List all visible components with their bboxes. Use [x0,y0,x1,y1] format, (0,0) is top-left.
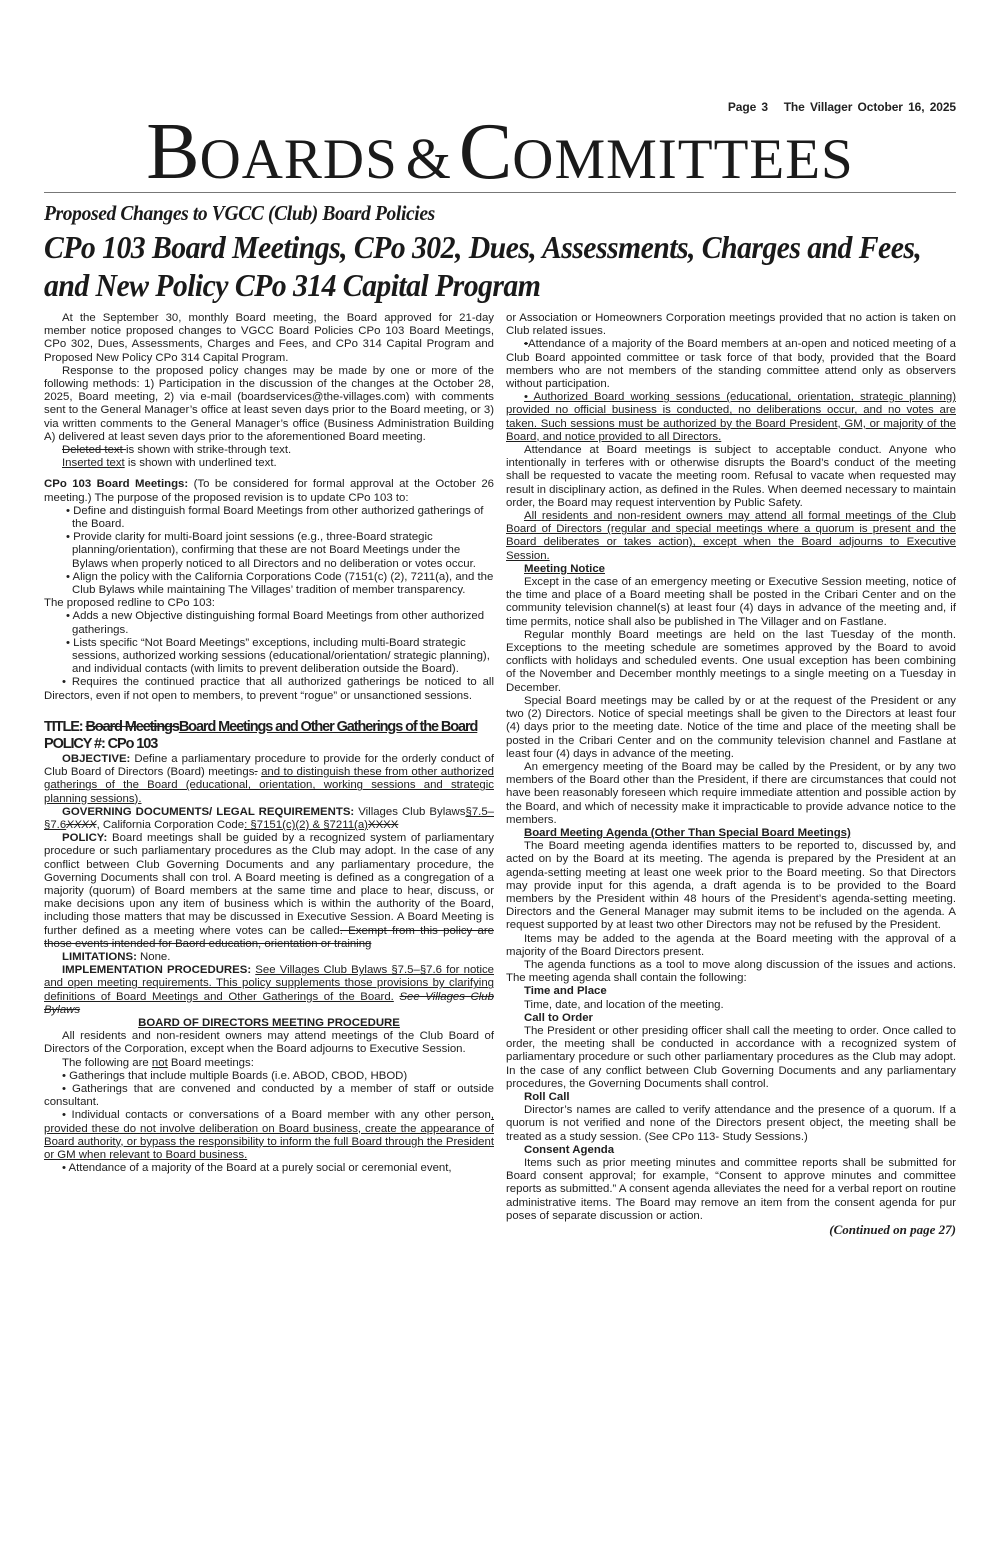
article-paragraph: • Individual contacts or conversations o… [44,1109,494,1162]
article-paragraph: GOVERNING DOCUMENTS/ LEGAL REQUIREMENTS:… [44,806,494,832]
masthead-divider [44,192,956,193]
article-paragraph: • Provide clarity for multi-Board joint … [44,531,494,571]
article-paragraph: Except in the case of an emergency meeti… [506,576,956,629]
text-run: Villages Club Bylaws [354,806,465,818]
text-run: Special Board meetings may be called by … [506,695,956,760]
inserted-text: • Authorized Board working sessions (edu… [506,391,956,443]
article-paragraph: IMPLEMENTATION PROCEDURES: See Villages … [44,964,494,1017]
article-paragraph: Director’s names are called to verify at… [506,1104,956,1144]
article-paragraph: BOARD OF DIRECTORS MEETING PROCEDURE [44,1017,494,1030]
inserted-text: Board Meetings and Other Gatherings of t… [179,719,477,735]
article-paragraph: POLICY: Board meetings shall be guided b… [44,832,494,951]
text-run: An emergency meeting of the Board may be… [506,761,956,826]
text-run: • Define and distinguish formal Board Me… [66,505,483,530]
text-run: • Gatherings that include multiple Board… [62,1070,407,1082]
article-paragraph: • Gatherings that are convened and condu… [44,1083,494,1109]
text-run: Director’s names are called to verify at… [506,1104,956,1142]
text-run: (Continued on page 27) [829,1222,956,1237]
text-run: Items may be added to the agenda at the … [506,933,956,958]
text-run: Response to the proposed policy changes … [44,365,494,443]
article-paragraph: LIMITATIONS: None. [44,951,494,964]
article-paragraph: POLICY #: CPo 103 [44,736,494,753]
text-run: None. [137,951,171,963]
article-paragraph: • Requires the continued practice that a… [44,676,494,702]
text-run: Call to Order [524,1012,593,1024]
article-paragraph: Time and Place [506,985,956,998]
article-paragraph: Call to Order [506,1012,956,1025]
text-run: Items such as prior meeting minutes and … [506,1157,956,1222]
deleted-text: XXXX [66,819,96,831]
article-paragraph: All residents and non-resident owners ma… [44,1030,494,1056]
inserted-text: All residents and non-resident owners ma… [506,510,956,562]
inserted-text: BOARD OF DIRECTORS MEETING PROCEDURE [138,1017,400,1029]
text-run: All residents and non-resident owners ma… [44,1030,494,1055]
text-run: The agenda functions as a tool to move a… [506,959,956,984]
text-run: Board meetings shall be guided by a reco… [44,832,494,936]
article-paragraph: Board Meeting Agenda (Other Than Special… [506,827,956,840]
article-paragraph: (Continued on page 27) [506,1223,956,1238]
text-run: is shown with strike-through text. [126,444,291,456]
masthead-word-boards: OARDS [200,128,398,191]
inserted-text: : §7151(c)(2) & §7211(a) [244,819,368,831]
article-paragraph: Consent Agenda [506,1144,956,1157]
text-run: Time and Place [524,985,607,997]
text-run: • Requires the continued practice that a… [44,676,494,701]
masthead-word-committees: OMMITTEES [512,128,853,191]
text-run: Except in the case of an emergency meeti… [506,576,956,628]
text-run: Attendance of a majority of the Board me… [506,338,956,390]
article-paragraph: Attendance at Board meetings is subject … [506,444,956,510]
article-paragraph: Deleted text is shown with strike-throug… [44,444,494,457]
article-paragraph: The Board meeting agenda identifies matt… [506,840,956,932]
text-run: • Adds a new Objective distinguishing fo… [66,610,484,635]
text-run: The following are [62,1057,152,1069]
text-run: CPo 103 Board Meetings: [44,478,188,490]
masthead-initial-b: B [146,108,199,196]
text-run: • Provide clarity for multi-Board joint … [66,531,476,569]
article-paragraph: Items such as prior meeting minutes and … [506,1157,956,1223]
article-kicker: Proposed Changes to VGCC (Club) Board Po… [44,201,435,226]
text-run: At the September 30, monthly Board meeti… [44,312,494,364]
deleted-text: XXXX [368,819,398,831]
text-run: OBJECTIVE: [62,753,130,765]
text-run: , California Corporation Code [97,819,245,831]
article-paragraph: Response to the proposed policy changes … [44,365,494,444]
masthead-ampersand: & [406,126,451,191]
text-run: GOVERNING DOCUMENTS/ LEGAL REQUIREMENTS: [62,806,354,818]
article-paragraph: OBJECTIVE: Define a parliamentary proced… [44,753,494,806]
article-paragraph: Items may be added to the agenda at the … [506,933,956,959]
deleted-text: Deleted text [62,444,126,456]
text-run: • Attendance of a majority of the Board … [62,1162,452,1174]
text-run: • Lists specific “Not Board Meetings” ex… [66,637,490,675]
text-run: TITLE: [44,719,85,735]
section-masthead: BOARDS&COMMITTEES [44,112,956,200]
text-run: is shown with underlined text. [125,457,277,469]
inserted-text: Meeting Notice [524,563,605,575]
article-paragraph: The agenda functions as a tool to move a… [506,959,956,985]
text-run: • Align the policy with the California C… [66,571,493,596]
text-run: • Gatherings that are convened and condu… [44,1083,494,1108]
article-paragraph: Meeting Notice [506,563,956,576]
article-paragraph: • Adds a new Objective distinguishing fo… [44,610,494,636]
text-run: Attendance at Board meetings is subject … [506,444,956,509]
article-paragraph: Time, date, and location of the meeting. [506,999,956,1012]
inserted-text: not [152,1057,168,1069]
article-paragraph: An emergency meeting of the Board may be… [506,761,956,827]
article-paragraph: or Association or Homeowners Corporation… [506,312,956,338]
article-paragraph: All residents and non-resident owners ma… [506,510,956,563]
article-paragraph: Inserted text is shown with underlined t… [44,457,494,470]
article-paragraph: Roll Call [506,1091,956,1104]
text-run: The President or other presiding officer… [506,1025,956,1090]
article-paragraph: •Attendance of a majority of the Board m… [506,338,956,391]
article-headline: CPo 103 Board Meetings, CPo 302, Dues, A… [44,228,955,304]
text-run: Time, date, and location of the meeting. [524,999,724,1011]
article-paragraph: • Attendance of a majority of the Board … [44,1162,494,1175]
text-run: IMPLEMENTATION PROCEDURES: [62,964,251,976]
article-paragraph: • Authorized Board working sessions (edu… [506,391,956,444]
article-paragraph: At the September 30, monthly Board meeti… [44,312,494,365]
text-run: Regular monthly Board meetings are held … [506,629,956,694]
text-run: Board meetings: [168,1057,254,1069]
text-run: Roll Call [524,1091,570,1103]
text-run: The proposed redline to CPo 103: [44,597,215,609]
text-run: POLICY: [62,832,107,844]
text-run: POLICY #: CPo 103 [44,736,157,752]
inserted-text: Board Meeting Agenda (Other Than Special… [524,827,851,839]
text-run: • Individual contacts or conversations o… [62,1109,491,1121]
text-run: Consent Agenda [524,1144,614,1156]
article-paragraph: • Lists specific “Not Board Meetings” ex… [44,637,494,677]
article-column-left: At the September 30, monthly Board meeti… [44,312,494,1175]
article-paragraph: • Define and distinguish formal Board Me… [44,505,494,531]
article-paragraph: • Align the policy with the California C… [44,571,494,597]
article-paragraph: • Gatherings that include multiple Board… [44,1070,494,1083]
inserted-text: Inserted text [62,457,125,469]
text-run: or Association or Homeowners Corporation… [506,312,956,337]
article-paragraph: The proposed redline to CPo 103: [44,597,494,610]
deleted-text: Board Meetings [85,719,178,735]
article-paragraph: TITLE: Board MeetingsBoard Meetings and … [44,719,494,736]
text-run: The Board meeting agenda identifies matt… [506,840,956,931]
article-paragraph: CPo 103 Board Meetings: (To be considere… [44,478,494,504]
masthead-initial-c: C [459,108,512,196]
article-column-right: or Association or Homeowners Corporation… [506,312,956,1238]
article-paragraph: The President or other presiding officer… [506,1025,956,1091]
text-run: LIMITATIONS: [62,951,137,963]
article-paragraph: Special Board meetings may be called by … [506,695,956,761]
article-paragraph: The following are not Board meetings: [44,1057,494,1070]
article-paragraph: Regular monthly Board meetings are held … [506,629,956,695]
